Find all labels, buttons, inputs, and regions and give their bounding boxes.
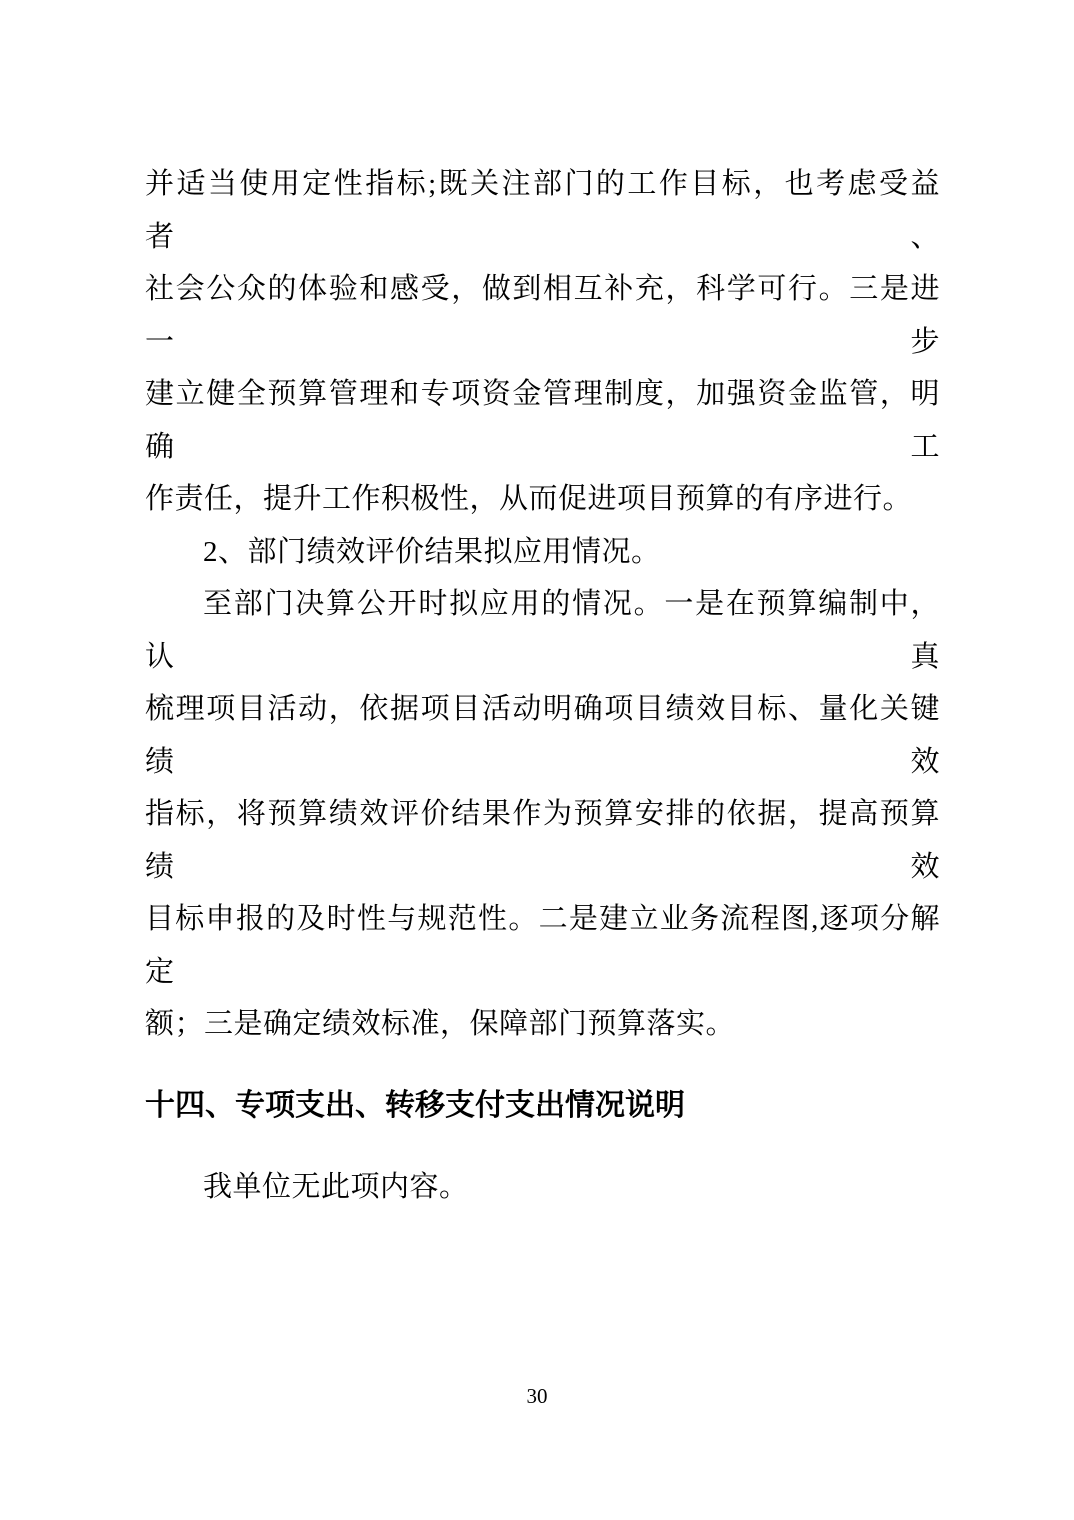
- page-number: 30: [0, 1383, 1074, 1409]
- body-line: 梳理项目活动，依据项目活动明确项目绩效目标、量化关键绩效: [145, 683, 940, 788]
- paragraph-no-content: 我单位无此项内容。: [145, 1161, 940, 1214]
- body-line: 并适当使用定性指标;既关注部门的工作目标，也考虑受益者、: [145, 158, 940, 263]
- body-line: 2、部门绩效评价结果拟应用情况。: [145, 526, 940, 579]
- section-heading-14: 十四、专项支出、转移支付支出情况说明: [145, 1080, 940, 1132]
- body-line: 作责任，提升工作积极性，从而促进项目预算的有序进行。: [145, 473, 940, 526]
- body-line: 至部门决算公开时拟应用的情况。一是在预算编制中，认真: [145, 578, 940, 683]
- body-line: 我单位无此项内容。: [145, 1161, 940, 1214]
- body-line: 额；三是确定绩效标准，保障部门预算落实。: [145, 998, 940, 1051]
- body-line: 指标，将预算绩效评价结果作为预算安排的依据，提高预算绩效: [145, 788, 940, 893]
- document-page: 并适当使用定性指标;既关注部门的工作目标，也考虑受益者、 社会公众的体验和感受，…: [0, 0, 1074, 1520]
- paragraph-item-2: 2、部门绩效评价结果拟应用情况。: [145, 526, 940, 579]
- paragraph-application: 至部门决算公开时拟应用的情况。一是在预算编制中，认真 梳理项目活动，依据项目活动…: [145, 578, 940, 1051]
- page-content: 并适当使用定性指标;既关注部门的工作目标，也考虑受益者、 社会公众的体验和感受，…: [145, 158, 940, 1213]
- body-line: 目标申报的及时性与规范性。二是建立业务流程图,逐项分解定: [145, 893, 940, 998]
- paragraph-continuation: 并适当使用定性指标;既关注部门的工作目标，也考虑受益者、 社会公众的体验和感受，…: [145, 158, 940, 526]
- body-line: 建立健全预算管理和专项资金管理制度，加强资金监管，明确工: [145, 368, 940, 473]
- body-line: 社会公众的体验和感受，做到相互补充，科学可行。三是进一步: [145, 263, 940, 368]
